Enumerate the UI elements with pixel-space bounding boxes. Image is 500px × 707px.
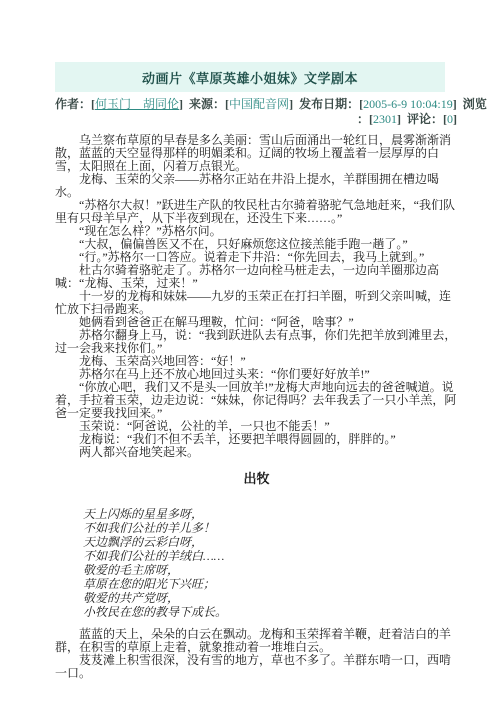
poem-line: 不如我们公社的羊儿多！ — [83, 521, 500, 535]
paragraph: 两人都兴奋地笑起来。 — [55, 446, 458, 459]
paragraph: “苏格尔大叔！”跃进生产队的牧民杜古尔骑着骆驼气急地赶来，“我们队里有只母羊早产… — [55, 199, 458, 225]
author-link[interactable]: 何玉门 胡同伦 — [95, 97, 179, 111]
poem-line: 草原在您的阳光下兴旺； — [83, 577, 500, 591]
paragraph: 十一岁的龙梅和妹妹——九岁的玉荣正在打扫羊圈，听到父亲叫喊，连忙放下扫帚跑来。 — [55, 290, 458, 316]
paragraph: 芨芨滩上积雪很深，没有雪的地方，草也不多了。羊群东啃一口，西啃一口。 — [55, 654, 458, 680]
meta-author-label: 作者： — [55, 97, 91, 111]
poem-line: 天边飘浮的云彩白呀， — [83, 535, 500, 549]
views-label-colon: ： — [357, 112, 369, 126]
poem-line: 敬爱的共产党呀， — [83, 591, 500, 605]
bracket: ] — [453, 112, 457, 126]
source-link[interactable]: 中国配音网 — [229, 97, 289, 111]
paragraph: 乌兰察布草原的早春是多么美丽：雪山后面涌出一轮红日，晨雾渐渐消散，蓝蓝的天空显得… — [55, 134, 458, 173]
title-banner: 动画片《草原英雄小姐妹》文学剧本 — [55, 62, 445, 92]
bracket: ] — [179, 97, 183, 111]
poem-line: 不如我们公社的羊绒白…… — [83, 549, 500, 563]
meta-date-label: 发布日期： — [299, 97, 359, 111]
bracket: ] — [453, 97, 457, 111]
paragraph: 苏格尔翻身上马，说：“我到跃进队去有点事，你们先把羊放到滩里去，过一会我来找你们… — [55, 329, 458, 355]
paragraph: 杜古尔骑着骆驼走了。苏格尔一边向栓马桩走去，一边向羊圈那边高喊：“龙梅、玉荣，过… — [55, 264, 458, 290]
views-label: 浏览 — [463, 97, 487, 111]
article-meta: 作者：[何玉门 胡同伦]来源：[中国配音网]发布日期：[2005-6-9 10:… — [55, 97, 457, 127]
poem-line: 敬爱的毛主席呀， — [83, 563, 500, 577]
page-title: 动画片《草原英雄小姐妹》文学剧本 — [142, 68, 358, 87]
poem-line: 天上闪烁的星星多呀， — [83, 507, 500, 521]
comments-label: 评论： — [407, 112, 443, 126]
bracket: ] — [397, 112, 401, 126]
poem: 天上闪烁的星星多呀， 不如我们公社的羊儿多！ 天边飘浮的云彩白呀， 不如我们公社… — [83, 507, 500, 619]
meta-source-label: 来源： — [189, 97, 225, 111]
paragraph: 蓝蓝的天上，朵朵的白云在飘动。龙梅和玉荣挥着羊鞭，赶着洁白的羊群，在积雪的草原上… — [55, 628, 458, 654]
closing-paragraphs: 蓝蓝的天上，朵朵的白云在飘动。龙梅和玉荣挥着羊鞭，赶着洁白的羊群，在积雪的草原上… — [55, 628, 458, 680]
poem-line: 小牧民在您的教导下成长。 — [83, 605, 500, 619]
article-body: 乌兰察布草原的早春是多么美丽：雪山后面涌出一轮红日，晨雾渐渐消散，蓝蓝的天空显得… — [55, 134, 458, 459]
paragraph: 龙梅、玉荣的父亲——苏格尔正站在井沿上提水，羊群围拥在槽边喝水。 — [55, 173, 458, 199]
meta-line-2: ：[2301]评论：[0] — [55, 112, 457, 127]
paragraph: “你放心吧，我们又不是头一回放羊!”龙梅大声地向远去的爸爸喊道。说着，手拉着玉荣… — [55, 381, 458, 420]
date-value: 2005-6-9 10:04:19 — [363, 97, 453, 111]
section-heading: 出牧 — [55, 472, 458, 486]
bracket: ] — [289, 97, 293, 111]
meta-line-1: 作者：[何玉门 胡同伦]来源：[中国配音网]发布日期：[2005-6-9 10:… — [55, 97, 457, 112]
views-count: 2301 — [373, 112, 397, 126]
